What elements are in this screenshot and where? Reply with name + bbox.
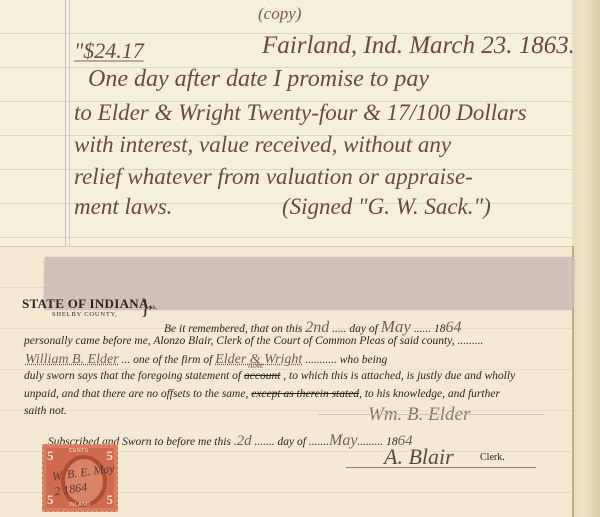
affiant-name: William B. Elder [25, 352, 119, 367]
affidavit-line-6: saith not. [24, 405, 67, 417]
clerk-title: Clerk. [480, 452, 505, 463]
affidavit-line-4: duly sworn says that the foregoing state… [24, 370, 515, 382]
year-prefix: 18 [434, 323, 446, 335]
affidavit-line-2: personally came before me, Alonzo Blair,… [24, 335, 483, 347]
ss-label: ss. [150, 303, 157, 311]
line3-end: ........... who being [305, 354, 387, 366]
inserted-word: note [248, 360, 264, 370]
affidavit-line-3: William B. Elder ... one of the firm of … [25, 352, 387, 368]
jurat-day-of: ....... day of [255, 436, 306, 448]
stamp-denomination-bl: 5 [47, 492, 54, 508]
county-heading: SHELBY COUNTY, [52, 311, 118, 318]
place-date: Fairland, Ind. March 23. 1863. [262, 32, 575, 60]
document-scan: (copy) "$24.17 Fairland, Ind. March 23. … [0, 0, 600, 517]
line4-prefix: duly sworn says that the foregoing state… [24, 370, 241, 382]
line4-end: , to which this is attached, is justly d… [283, 370, 515, 382]
struck-word: account [244, 370, 280, 382]
stamp-denomination-tl: 5 [47, 448, 54, 464]
month-filled: May [381, 317, 411, 336]
state-heading: STATE OF INDIANA, [22, 296, 152, 312]
line5-prefix: unpaid, and that there are no offsets to… [24, 388, 248, 400]
struck-phrase: except as therein stated [251, 388, 359, 400]
line1-prefix: Be it remembered, that on this [164, 323, 302, 335]
note-amount: "$24.17 [74, 38, 144, 64]
brace-icon: } [140, 294, 151, 320]
stamp-bottom-text: INLAND [69, 502, 90, 508]
day-of-label: day of [349, 323, 377, 335]
affidavit-line-5: unpaid, and that there are no offsets to… [24, 388, 500, 400]
note-line-3: with interest, value received, without a… [74, 132, 451, 158]
day-filled: 2nd [305, 319, 329, 336]
stamp-denomination-br: 5 [107, 492, 114, 508]
affiant-signature-line [318, 414, 544, 415]
note-line-4: relief whatever from valuation or apprai… [74, 164, 473, 190]
note-line-2: to Elder & Wright Twenty-four & 17/100 D… [74, 100, 527, 126]
clerk-signature-line [346, 467, 536, 468]
paper-fold-edge [572, 0, 600, 517]
year-filled: 64 [445, 319, 461, 336]
revenue-stamp: 5 5 5 5 CENTS INLAND W. B. E. May 2 1864 [42, 444, 118, 512]
stamp-top-text: CENTS [69, 448, 88, 454]
affiant-signature: Wm. B. Elder [368, 404, 470, 426]
jurat-month: May [329, 432, 357, 449]
note-line-5: ment laws. [74, 194, 172, 220]
jurat-day: 2d [237, 433, 252, 449]
line3-mid: ... one of the firm of [122, 354, 213, 366]
line5-end: , to his knowledge, and further [359, 388, 500, 400]
copy-heading: (copy) [258, 4, 301, 24]
note-signature: (Signed "G. W. Sack.") [282, 194, 491, 220]
note-line-1: One day after date I promise to pay [88, 66, 429, 93]
affidavit-line-1: Be it remembered, that on this 2nd .....… [164, 317, 461, 337]
